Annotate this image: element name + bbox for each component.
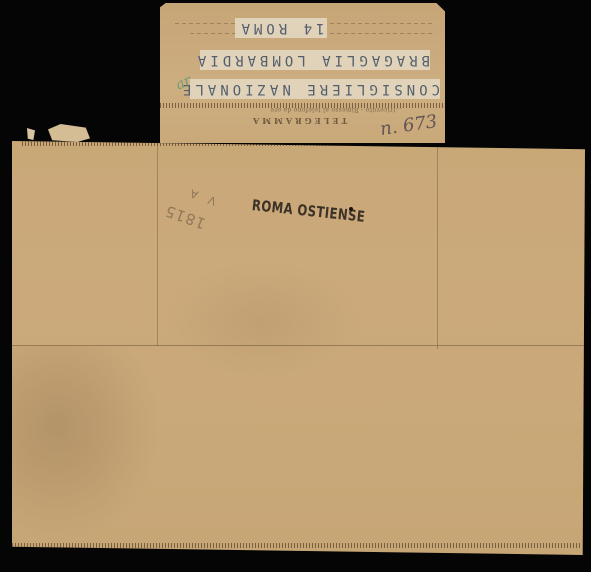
vertical-fold-right [437,141,438,349]
vertical-fold-left [157,141,158,346]
water-stain [12,346,162,546]
postmark-stamp: V A 1815 [164,190,234,250]
dashed-line [330,23,435,24]
address-strip-name: BRAGAGLIA LOMBARDIA [200,50,430,70]
printed-header-small: ...(ricevuto - Rimesso al telefono da or… [202,106,402,113]
torn-paper-fragment [48,124,90,142]
telegram-flap: 14 ROMA BRAGAGLIA LOMBARDIA CONSIGLIERE … [160,3,445,143]
document-type-label: TELEGRAMMA [250,116,347,126]
ink-dot [349,207,353,211]
dashed-line [175,23,235,24]
postmark-year: 1815 [162,201,208,232]
horizontal-fold [12,345,585,346]
torn-paper-fragment [27,128,35,140]
address-strip-city: 14 ROMA [235,18,327,38]
water-stain-faint [162,261,362,381]
address-strip-title: CONSIGLIERE NAZIONALE [190,79,440,99]
handwritten-number: n. 673 [379,111,439,140]
perforation-bottom [12,543,582,548]
